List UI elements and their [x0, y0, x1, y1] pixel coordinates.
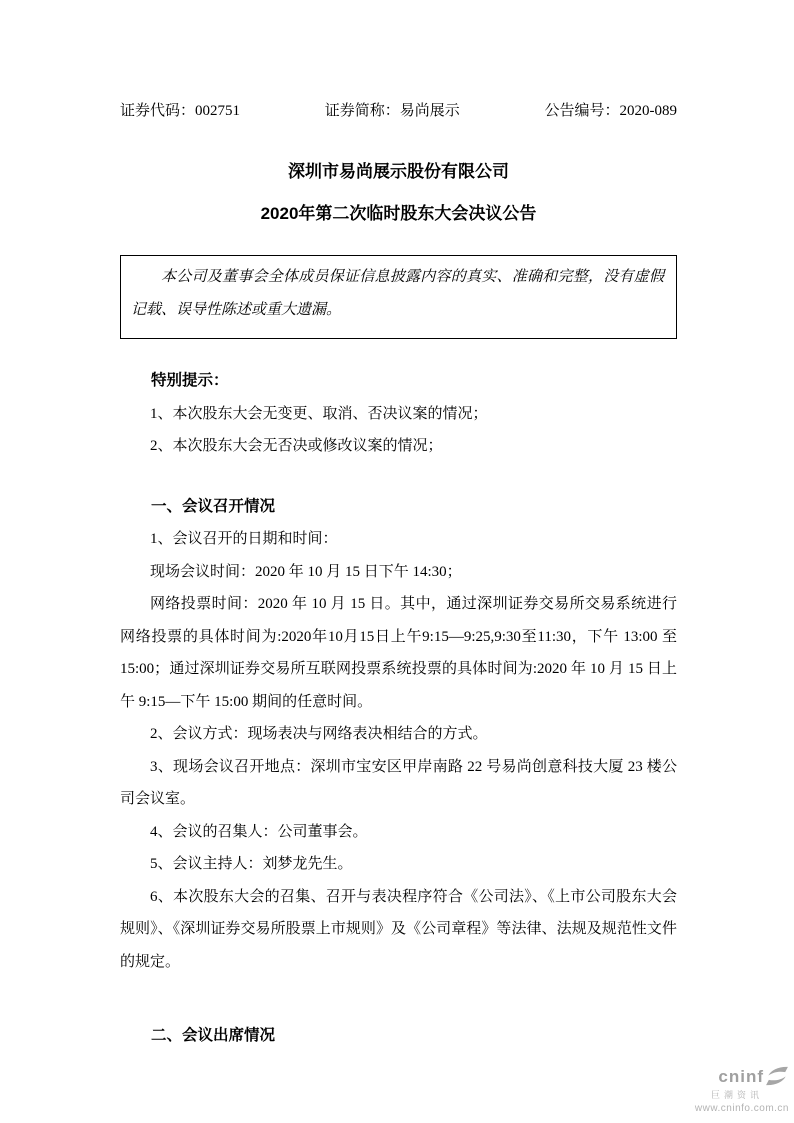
section-1-paragraph-8: 6、本次股东大会的召集、召开与表决程序符合《公司法》、《上市公司股东大会规则》、… [120, 881, 677, 979]
announcement-no-text: 公告编号：2020-089 [545, 102, 678, 120]
section-1-paragraph-2: 现场会议时间：2020 年 10 月 15 日下午 14:30； [120, 556, 677, 589]
announcement-title: 2020年第二次临时股东大会决议公告 [120, 204, 677, 224]
section-1-heading: 一、会议召开情况 [120, 491, 677, 524]
section-1-paragraph-7: 5、会议主持人：刘梦龙先生。 [120, 848, 677, 881]
special-notice-item-1: 1、本次股东大会无变更、取消、否决议案的情况； [120, 398, 677, 431]
page-content: 证券代码：002751 证券简称：易尚展示 公告编号：2020-089 深圳市易… [120, 0, 677, 1053]
disclaimer-text: 本公司及董事会全体成员保证信息披露内容的真实、准确和完整，没有虚假记载、误导性陈… [131, 269, 664, 318]
announcement-page: 证券代码：002751 证券简称：易尚展示 公告编号：2020-089 深圳市易… [0, 0, 794, 1123]
cninfo-watermark: cninf 巨潮资讯 www.cninfo.com.cn [667, 1066, 789, 1114]
section-2-heading: 二、会议出席情况 [120, 1020, 677, 1053]
section-1-paragraph-5: 3、现场会议召开地点：深圳市宝安区甲岸南路 22 号易尚创意科技大厦 23 楼公… [120, 751, 677, 816]
special-notice-section: 特别提示： 1、本次股东大会无变更、取消、否决议案的情况； 2、本次股东大会无否… [120, 365, 677, 463]
section-1-paragraph-4: 2、会议方式：现场表决与网络表决相结合的方式。 [120, 718, 677, 751]
cninfo-logo-row: cninf [667, 1066, 789, 1091]
securities-header-row: 证券代码：002751 证券简称：易尚展示 公告编号：2020-089 [120, 102, 677, 120]
special-notice-heading: 特别提示： [120, 365, 677, 398]
cninfo-brand-cn: 巨潮资讯 [667, 1091, 789, 1101]
section-1-paragraph-3: 网络投票时间：2020 年 10 月 15 日。其中，通过深圳证券交易所交易系统… [120, 588, 677, 718]
company-title: 深圳市易尚展示股份有限公司 [120, 162, 677, 182]
cninfo-logo-text: cninf [718, 1068, 764, 1087]
stock-code-text: 证券代码：002751 [120, 102, 240, 120]
section-1-paragraph-1: 1、会议召开的日期和时间： [120, 523, 677, 556]
cninfo-url: www.cninfo.com.cn [667, 1103, 789, 1114]
cninfo-swirl-icon [765, 1066, 789, 1091]
disclaimer-box: 本公司及董事会全体成员保证信息披露内容的真实、准确和完整，没有虚假记载、误导性陈… [120, 255, 677, 339]
section-1-paragraph-6: 4、会议的召集人：公司董事会。 [120, 816, 677, 849]
stock-abbr-text: 证券简称：易尚展示 [325, 102, 460, 120]
special-notice-item-2: 2、本次股东大会无否决或修改议案的情况； [120, 430, 677, 463]
